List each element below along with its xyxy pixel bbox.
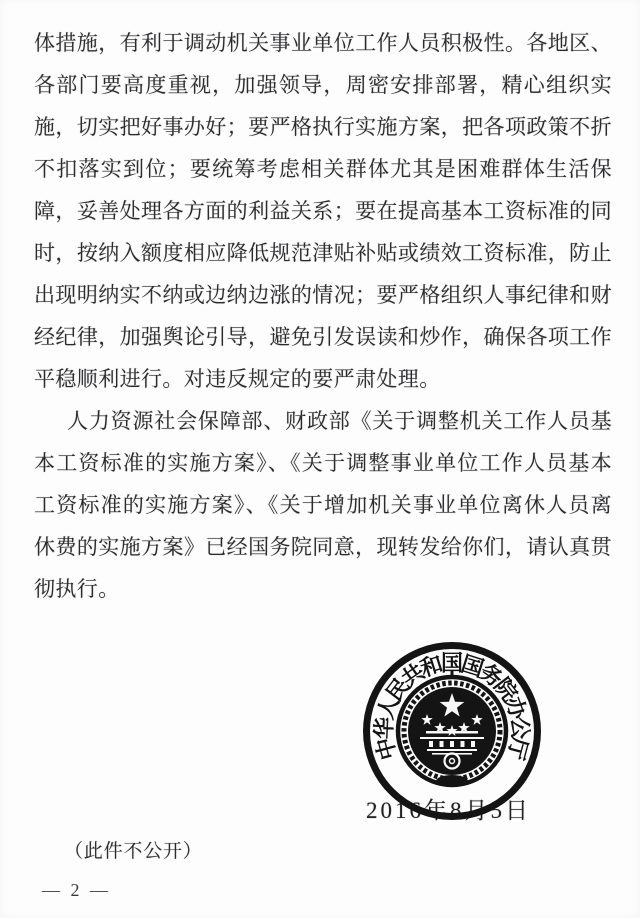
- paragraph: 体措施，有利于调动机关事业单位工作人员积极性。各地区、各部门要高度重视，加强领导…: [34, 22, 612, 400]
- official-seal: 中华人民共和国国务院办公厅: [332, 611, 572, 851]
- document-body: 体措施，有利于调动机关事业单位工作人员积极性。各地区、各部门要高度重视，加强领导…: [34, 22, 612, 610]
- page-number: — 2 —: [42, 880, 111, 901]
- confidential-note: （此件不公开）: [64, 836, 203, 863]
- paragraph: 人力资源社会保障部、财政部《关于调整机关工作人员基本工资标准的实施方案》、《关于…: [34, 400, 612, 610]
- document-page: 体措施，有利于调动机关事业单位工作人员积极性。各地区、各部门要高度重视，加强领导…: [0, 0, 640, 918]
- wreath-ribbon: [436, 775, 468, 787]
